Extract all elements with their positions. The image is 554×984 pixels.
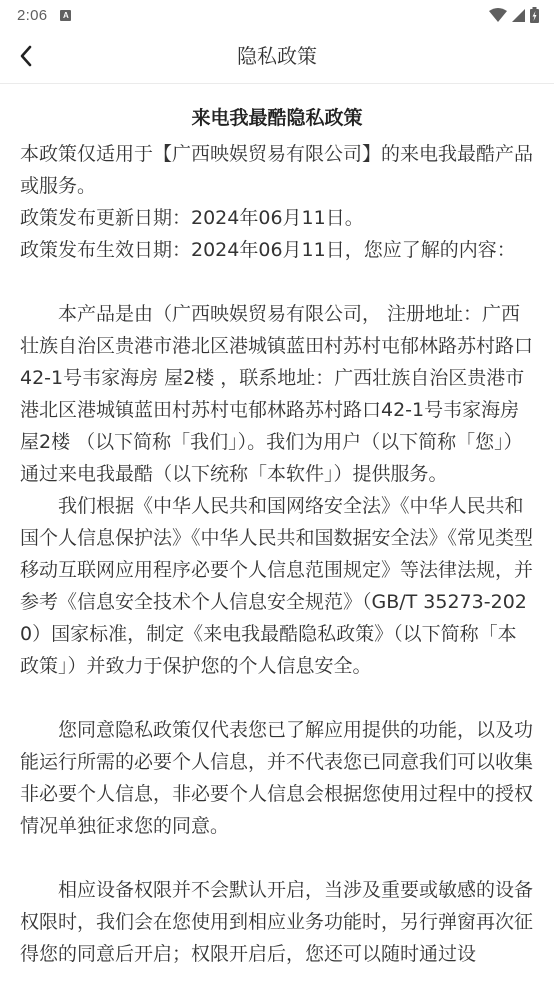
battery-charging-icon [530,7,539,23]
wifi-icon [489,8,507,22]
effective-date-line: 政策发布生效日期：2024年06月11日，您应了解的内容： [20,234,534,266]
status-time: 2:06 [17,7,47,24]
chevron-left-icon [19,45,33,67]
status-bar: 2:06 A [0,0,554,30]
paragraph-legal-basis: 我们根据《中华人民共和国网络安全法》《中华人民共和国个人信息保护法》《中华人民共… [20,490,534,682]
page-title: 隐私政策 [0,30,554,83]
intro-line: 本政策仅适用于【广西映娱贸易有限公司】的来电我最酷产品或服务。 [20,138,534,202]
policy-content: 来电我最酷隐私政策 本政策仅适用于【广西映娱贸易有限公司】的来电我最酷产品或服务… [20,98,534,970]
status-left: 2:06 A [0,7,71,24]
document-title: 来电我最酷隐私政策 [20,98,534,138]
paragraph-company-info: 本产品是由（广西映娱贸易有限公司， 注册地址：广西壮族自治区贵港市港北区港城镇蓝… [20,298,534,490]
paragraph-permissions: 相应设备权限并不会默认开启，当涉及重要或敏感的设备权限时，我们会在您使用到相应业… [20,874,534,970]
a-badge-icon: A [60,10,71,21]
spacer [20,266,534,298]
update-date-line: 政策发布更新日期：2024年06月11日。 [20,202,534,234]
paragraph-consent: 您同意隐私政策仅代表您已了解应用提供的功能，以及功能运行所需的必要个人信息，并不… [20,714,534,842]
back-button[interactable] [12,42,40,70]
cellular-signal-icon [512,9,525,22]
spacer [20,682,534,714]
app-header: 隐私政策 [0,30,554,84]
status-icons [489,7,554,23]
spacer [20,842,534,874]
